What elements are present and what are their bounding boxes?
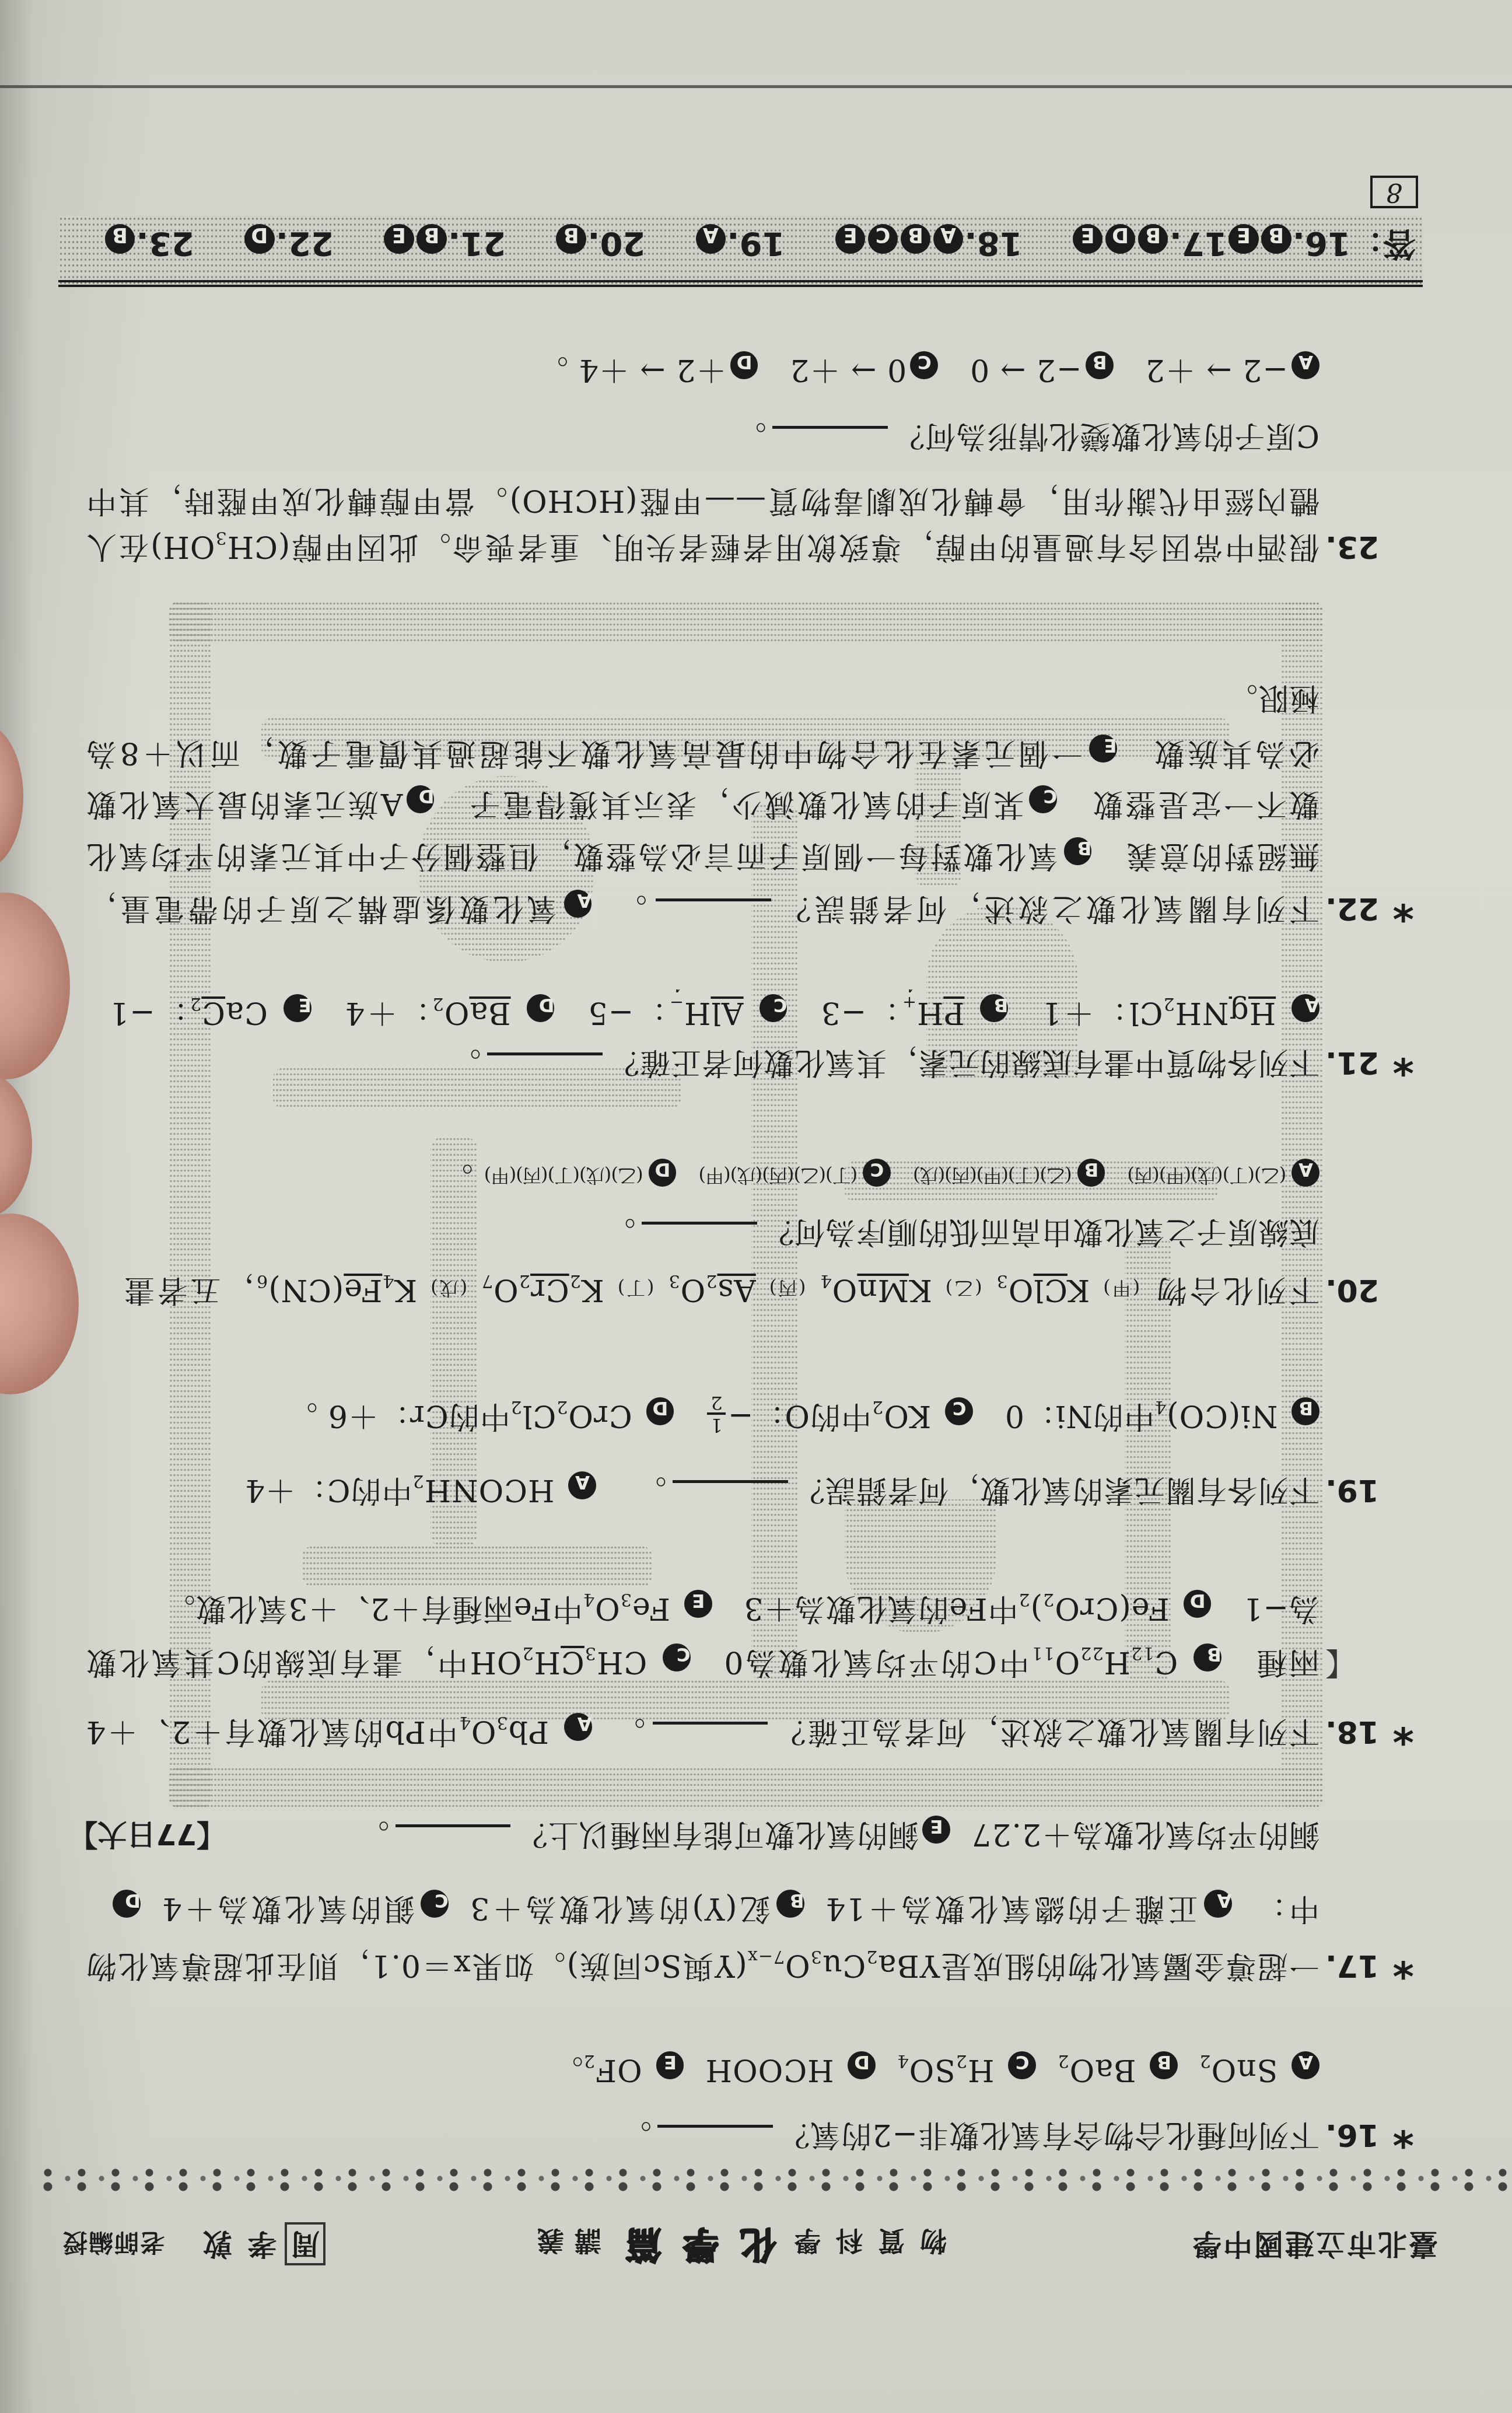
compound-label: (丁)(乙)(丙)(戊)(甲): [699, 1164, 857, 1187]
subscript: 2: [519, 1271, 530, 1291]
subscript: 2: [556, 1397, 568, 1417]
subscript: 3: [584, 1643, 596, 1663]
text-run: 。: [613, 891, 650, 926]
subscript: 3: [810, 1946, 822, 1967]
option-circle-icon: E: [684, 1590, 712, 1618]
text-run: O: [471, 1714, 496, 1749]
option-circle-icon: A: [933, 224, 964, 254]
text-run: ：: [1350, 225, 1383, 263]
spacer: [785, 233, 834, 233]
text-run: 23.: [136, 225, 194, 263]
subscript: 2: [1019, 1589, 1030, 1610]
option-letter: B: [424, 219, 439, 249]
option-letter: B: [1084, 1155, 1099, 1183]
text-run: 假酒中常因含有過量的甲醇，導致飲用者輕者失明、重者喪命。此因甲醇(CH: [227, 529, 1319, 564]
option-letter: D: [251, 219, 268, 249]
option-circle-icon: B: [1077, 1159, 1105, 1187]
text-run: 19.: [727, 225, 785, 263]
text-run: 氧化數係虛構之原子的帶電量，: [86, 891, 560, 926]
option-letter: E: [929, 1812, 943, 1840]
option-letter: D: [418, 782, 435, 810]
text-run: O: [1008, 1272, 1034, 1307]
option-circle-icon: B: [1138, 224, 1168, 254]
option-letter: B: [1156, 2048, 1171, 2076]
text-run: K: [1067, 1272, 1102, 1307]
question-number: 20.: [1325, 1267, 1379, 1313]
text-run: 底線原子之氧化數由高而低的順序為何？: [763, 1214, 1319, 1249]
option-circle-icon: C: [421, 1890, 449, 1918]
answer-blank: [653, 1722, 768, 1739]
text-run: O: [493, 1272, 519, 1307]
text-run: Cl：＋1: [1030, 995, 1163, 1030]
answer-blank: [772, 426, 888, 443]
fraction-numerator: 1: [707, 1413, 725, 1435]
option-letter: C: [952, 1394, 967, 1422]
option-letter: B: [789, 1886, 804, 1914]
text-run: ): [1030, 1591, 1042, 1626]
text-run: 。: [442, 1160, 484, 1195]
subscript: 4: [459, 1712, 471, 1733]
superscript: +: [902, 994, 916, 1011]
subscript: 3: [620, 1589, 632, 1610]
option-letter: B: [1269, 219, 1284, 249]
photo-of-textbook-page: 臺北市立建國中學 物質科學 化學篇 講義 周孝敦老師編授 * 16. 下列何種化…: [0, 0, 1512, 2413]
answer-blank: [656, 898, 771, 915]
subscript: 2: [1199, 2051, 1210, 2071]
option-letter: B: [1206, 1640, 1221, 1668]
question-options: A−2 → ＋2 B−2 → 0 C0 → ＋2 D＋2 → ＋4 。: [537, 347, 1319, 393]
star-marker: *: [1392, 885, 1414, 932]
option-letter: A: [703, 219, 719, 249]
text-run: [807, 1272, 820, 1307]
text-run: 中：: [1253, 1891, 1319, 1926]
question-number: 17.: [1325, 1942, 1379, 1989]
underlined-atom: Cr: [530, 1272, 569, 1307]
question-stem: 下列化合物 (甲) KClO3 (乙) KMnO4 (丙) As2O3 (丁) …: [124, 1267, 1319, 1313]
option-circle-icon: D: [646, 1397, 674, 1425]
author-credit: 周孝敦老師編授: [62, 2218, 325, 2270]
text-run: H: [916, 995, 943, 1030]
text-run: 。: [552, 2052, 583, 2087]
text-run: 兩種: [1242, 1645, 1319, 1680]
text-run: SnO: [1211, 2052, 1288, 2087]
subscript: 3: [215, 527, 227, 548]
text-run: 正離子的總氧化數為＋14: [825, 1891, 1200, 1926]
question-options: A HgNH2Cl：＋1 B PH+4：−3 C AlH−4：−5 D BaO2…: [109, 989, 1319, 1036]
option-circle-icon: C: [1029, 785, 1057, 813]
text-run: 。: [605, 1214, 636, 1249]
option-letter: C: [870, 1155, 884, 1183]
question-options: 為−1 D Fe(CrO2)2中Fe的氧化數為＋3 E Fe3O4中Fe兩種有＋…: [164, 1585, 1319, 1632]
subscript: 4: [583, 1589, 594, 1610]
spacer: [617, 1480, 635, 1481]
option-letter: E: [1104, 731, 1117, 759]
underlined-atom: As: [717, 1272, 756, 1307]
question-stem: 假酒中常因含有過量的甲醇，導致飲用者輕者失明、重者喪命。此因甲醇(CH3OH)在…: [86, 523, 1319, 570]
compound-label: (丁): [618, 1277, 654, 1299]
text-run: 。: [450, 1045, 481, 1080]
text-run: 極限。: [1227, 680, 1319, 715]
question-options: 數不一定是整數 C某原子的氧化數減少，表示其獲得電子 DA族元素的最大氧化數: [86, 781, 1319, 827]
underlined-atom: P: [943, 995, 964, 1030]
option-letter: A: [575, 1468, 590, 1496]
option-letter: E: [392, 219, 406, 249]
text-run: [511, 995, 523, 1030]
subscript: 6: [256, 1271, 268, 1291]
question-stem: 下列有關氧化數之敘述，何者為正確？。A Pb3O4中Pb的氧化數有＋2、＋4: [86, 1708, 1319, 1755]
text-run: [1276, 995, 1288, 1030]
option-circle-icon: B: [980, 994, 1008, 1022]
seal-stroke: [302, 1546, 652, 1587]
option-letter: A: [1304, 991, 1319, 1019]
text-run: H: [967, 2052, 1005, 2087]
subscript: 3: [668, 1271, 680, 1291]
option-circle-icon: E: [283, 994, 311, 1022]
question-number: 22.: [1325, 885, 1379, 932]
subscript: 7: [481, 1271, 493, 1291]
option-circle-icon: A: [1291, 351, 1319, 379]
text-run: Pb: [508, 1714, 561, 1749]
subscript: 2: [522, 1643, 534, 1663]
page-edge-line: [0, 85, 1512, 88]
text-run: A族元素的最大氧化數: [86, 786, 402, 821]
text-run: 下列各物質中畫有底線的元素，其氧化數何者正確？: [608, 1045, 1319, 1080]
question-stem: 體內經由代謝作用，會轉化成劇毒物質——甲醛(HCHO)。當甲醇轉化成甲醛時，其中: [86, 477, 1319, 524]
subscript: 11: [1031, 1643, 1054, 1663]
text-run: KO: [883, 1398, 942, 1433]
option-circle-icon: C: [945, 1397, 973, 1425]
option-letter: A: [1298, 348, 1313, 376]
author-surname: 周: [285, 2222, 325, 2265]
text-run: K: [909, 1272, 944, 1307]
superscript: −: [669, 994, 684, 1011]
question-stem: 底線原子之氧化數由高而低的順序為何？。: [605, 1208, 1319, 1255]
text-run: 中Fe兩種有＋2、＋3氧化數。: [164, 1591, 583, 1626]
text-run: C原子的氧化數變化情形為何？: [894, 418, 1319, 453]
charge-and-subscript: −4: [669, 989, 684, 1011]
option-circle-icon: B: [105, 224, 135, 254]
option-letter: C: [434, 1886, 449, 1914]
text-run: [744, 995, 756, 1030]
option-letter: A: [577, 886, 592, 914]
subscript: 2: [956, 2051, 967, 2071]
text-run: 一個元素在化合物中的最高氧化數不能超過其價電子數，而以＋8為: [86, 736, 1086, 771]
subscript: 3: [996, 1271, 1008, 1291]
text-run: 20.: [587, 225, 645, 263]
text-run: ＋2 → ＋4 。: [537, 352, 726, 387]
compound-label: (甲): [1104, 1277, 1140, 1299]
star-marker: *: [1392, 1708, 1414, 1755]
text-run: [984, 1272, 996, 1307]
text-run: (Y與Sc同族)。如果x＝0.1，則在此超導氧化物: [86, 1948, 747, 1983]
margin-bracket-mark: 【: [1325, 1639, 1356, 1685]
text-run: 。: [621, 2117, 652, 2152]
answer-blank: [642, 1222, 757, 1239]
text-run: 銅的氧化數可能有兩種以上？: [517, 1817, 919, 1852]
text-run: 。: [613, 1714, 646, 1749]
option-circle-icon: C: [910, 351, 938, 379]
question-stem: 一超導金屬氧化物的組成是YBa2Cu3O7−x(Y與Sc同族)。如果x＝0.1，…: [86, 1942, 1319, 1989]
text-run: CH: [596, 1645, 659, 1680]
book-title: 物質科學 化學篇 講義: [527, 2218, 947, 2270]
subscript: 22: [1080, 1643, 1103, 1663]
text-run: 22.: [276, 225, 334, 263]
book-title-subject: 物質科學: [779, 2225, 947, 2257]
text-run: 中的O：−: [727, 1398, 871, 1433]
option-circle-icon: C: [663, 1643, 691, 1671]
text-run: [469, 1272, 481, 1307]
text-run: HCONH: [424, 1473, 565, 1508]
option-circle-icon: B: [776, 1890, 804, 1918]
option-circle-icon: E: [835, 224, 866, 254]
seal-frame-bottom: [169, 601, 1323, 643]
option-letter: B: [563, 219, 579, 249]
answer-blank: [487, 1052, 603, 1069]
text-run: 下列有關氧化數之敘述，何者錯誤？: [777, 891, 1319, 926]
underlined-atom: Ba: [469, 995, 510, 1030]
text-run: 16.: [1293, 225, 1350, 263]
question-stem: C原子的氧化數變化情形為何？。: [736, 412, 1319, 459]
text-run: O: [832, 1272, 857, 1307]
option-letter: B: [908, 219, 923, 249]
text-run: Cu: [822, 1948, 866, 1983]
answer-blank: [657, 2125, 773, 2142]
option-letter: A: [940, 219, 956, 249]
text-run: CrO: [568, 1398, 642, 1433]
exam-source-tag: 【77日大】: [68, 1811, 226, 1858]
spacer: [194, 233, 243, 233]
option-circle-icon: D: [407, 785, 435, 813]
text-run: 無絕對的意義: [1113, 838, 1319, 873]
text-run: 某原子的氧化數減少，表示其獲得電子: [456, 786, 1025, 821]
option-circle-icon: B: [1150, 2051, 1178, 2079]
text-run: 。: [358, 1817, 389, 1852]
text-run: H: [1104, 1645, 1130, 1680]
text-run: 18.: [964, 225, 1022, 263]
text-run: O: [444, 995, 470, 1030]
question-number: 23.: [1325, 523, 1379, 570]
question-number: 19.: [1325, 1467, 1379, 1513]
answer-key-band: 答：16.BE17.BDE18.ABCE19.A20.B21.BE22.D23.…: [58, 216, 1423, 287]
option-letter: D: [124, 1886, 141, 1914]
underlined-atom: Al: [710, 995, 743, 1030]
underlined-atom: Hg: [1229, 995, 1276, 1030]
author-given-name: 孝敦: [188, 2227, 276, 2261]
text-run: (CN): [268, 1272, 344, 1307]
text-run: 。: [736, 418, 766, 453]
fraction-denominator: 2: [710, 1393, 723, 1413]
text-run: 下列有關氧化數之敘述，何者為正確？: [774, 1714, 1319, 1749]
option-circle-icon: B: [1064, 837, 1092, 865]
text-run: 中C的平均氧化數為0: [712, 1645, 1031, 1680]
text-run: K: [394, 1272, 429, 1307]
question-options: 銅的平均氧化數為＋2.27E銅的氧化數可能有兩種以上？。: [358, 1811, 1319, 1858]
text-run: 下列各有關元素的氧化數，何者錯誤？: [794, 1473, 1319, 1508]
fraction: 12: [707, 1393, 725, 1435]
option-circle-icon: E: [656, 2051, 684, 2079]
compound-label: (戊): [431, 1277, 467, 1299]
option-letter: C: [773, 991, 787, 1019]
option-circle-icon: A: [1291, 2051, 1319, 2079]
answer-label: 答: [1383, 217, 1416, 270]
text-run: O: [594, 1591, 620, 1626]
option-letter: D: [853, 2048, 870, 2076]
underlined-atom: Mn: [857, 1272, 909, 1307]
subscript: 2: [871, 1397, 883, 1417]
option-letter: C: [676, 1640, 691, 1668]
decorative-border-icon: [42, 2164, 1512, 2196]
text-run: 鋇的氧化數為＋4: [162, 1891, 416, 1926]
text-run: 數不一定是整數: [1079, 786, 1319, 821]
option-letter: B: [1145, 219, 1160, 249]
text-run: 。: [636, 1473, 667, 1508]
option-circle-icon: D: [848, 2051, 876, 2079]
option-letter: E: [663, 2048, 677, 2076]
subscript: 2: [1163, 994, 1175, 1014]
subscript: 2: [190, 994, 201, 1014]
star-marker: *: [1392, 2111, 1414, 2158]
text-run: C: [1154, 1645, 1189, 1680]
text-run: [695, 1398, 706, 1433]
option-circle-icon: C: [1008, 2051, 1036, 2079]
option-letter: A: [1217, 1886, 1232, 1914]
option-circle-icon: B: [1261, 224, 1291, 254]
text-run: 必為其族數: [1138, 736, 1319, 771]
text-run: −2 → 0: [960, 352, 1082, 387]
school-name: 臺北市立建國中學: [1191, 2218, 1438, 2270]
option-letter: B: [1092, 348, 1107, 376]
option-circle-icon: D: [527, 994, 555, 1022]
option-letter: D: [1112, 219, 1129, 249]
question-options: A SnO2B BaO2C H2SO4D HCOOHE OF2。: [552, 2047, 1319, 2093]
compound-label: (乙)(丁)(戊)(甲)(丙): [1128, 1164, 1286, 1187]
option-letter: C: [917, 348, 932, 376]
option-letter: A: [1298, 1155, 1313, 1183]
text-run: O: [680, 1272, 706, 1307]
printed-page-upside-down: 臺北市立建國中學 物質科學 化學篇 講義 周孝敦老師編授 * 16. 下列何種化…: [0, 0, 1512, 2413]
question-stem: 下列各物質中畫有底線的元素，其氧化數何者正確？。: [450, 1039, 1319, 1086]
option-letter: B: [1298, 1394, 1313, 1422]
text-run: Fe(CrO: [1054, 1591, 1179, 1626]
option-letter: C: [1043, 782, 1058, 810]
option-circle-icon: B: [1086, 351, 1114, 379]
subscript: 2: [1057, 2051, 1069, 2071]
text-run: O: [1055, 1645, 1080, 1680]
author-role: 老師編授: [62, 2228, 164, 2257]
subscript: 2: [510, 1397, 522, 1417]
answer-key-items: ：16.BE17.BDE18.ABCE19.A20.B21.BE22.D23.B: [104, 225, 1383, 263]
star-marker: *: [1392, 1039, 1414, 1086]
text-run: 體內經由代謝作用，會轉化成劇毒物質——甲醛(HCHO)。當甲醇轉化成甲醛時，其中: [86, 483, 1319, 518]
option-circle-icon: D: [1105, 224, 1136, 254]
question-options: 兩種 B C12H22O11中C的平均氧化數為0 C CH3CH2OH中，畫有底…: [86, 1639, 1319, 1685]
text-run: 中的Cr：＋6 。: [286, 1398, 510, 1433]
text-run: ：＋4: [332, 995, 432, 1030]
underlined-atom: C: [201, 995, 225, 1030]
option-letter: D: [654, 1155, 671, 1183]
option-circle-icon: C: [868, 224, 898, 254]
text-run: 銅的平均氧化數為＋2.27: [971, 1817, 1319, 1852]
text-run: K: [581, 1272, 617, 1307]
option-circle-icon: B: [556, 224, 586, 254]
text-run: 中的C：＋4: [245, 1473, 412, 1508]
question-stem: 下列有關氧化數之敘述，何者錯誤？。A氧化數係虛構之原子的帶電量，: [86, 885, 1319, 932]
option-circle-icon: A: [1291, 1159, 1319, 1187]
option-letter: E: [843, 219, 857, 249]
option-letter: B: [1077, 834, 1092, 862]
option-circle-icon: D: [649, 1159, 677, 1187]
option-circle-icon: E: [384, 224, 414, 254]
question-number: 21.: [1325, 1039, 1379, 1086]
option-circle-icon: A: [1291, 994, 1319, 1022]
text-run: Cl: [522, 1398, 556, 1433]
text-run: OH)在人: [86, 529, 215, 564]
question-options: 無絕對的意義 B氧化數對每一個原子而言必為整數，但整個分子中其元素的平均氧化: [86, 833, 1319, 879]
question-number: 16.: [1325, 2111, 1379, 2158]
option-letter: A: [1298, 2048, 1313, 2076]
subscript: 2: [705, 1271, 717, 1291]
question-stem: 下列何種化合物含有氧化數非−2的氧？。: [621, 2111, 1319, 2158]
option-circle-icon: A: [696, 224, 726, 254]
option-circle-icon: B: [901, 224, 931, 254]
subscript: 4: [820, 1271, 831, 1291]
text-run: Ca: [225, 995, 280, 1030]
book-title-section: 化學篇: [604, 2223, 776, 2265]
text-run: 中Fe的氧化數為＋3: [733, 1591, 1019, 1626]
text-run: 一超導金屬氧化物的組成是YBa: [877, 1948, 1319, 1983]
option-circle-icon: E: [1089, 735, 1117, 763]
question-options: A(乙)(丁)(戊)(甲)(丙)B(乙)(丁)(甲)(丙)(戊)C(丁)(乙)(…: [442, 1154, 1319, 1201]
text-run: [656, 1272, 668, 1307]
text-run: OF: [595, 2052, 652, 2087]
question-options: B Ni(CO)4中的Ni：0 C KO2中的O：−12 D CrO2Cl2中的…: [286, 1393, 1319, 1439]
text-run: 中的Ni：0: [994, 1398, 1154, 1433]
question-stem: 下列各有關元素的氧化數，何者錯誤？。A HCONH2中的C：＋4: [245, 1467, 1319, 1513]
text-run: 釔(Y)的氧化數為＋3: [470, 1891, 772, 1926]
compound-label: (乙): [946, 1277, 982, 1299]
subscript: 4: [902, 989, 916, 994]
option-letter: E: [1237, 219, 1251, 249]
option-letter: D: [652, 1394, 668, 1422]
option-circle-icon: C: [863, 1159, 891, 1187]
question-options: 必為其族數 E一個元素在化合物中的最高氧化數不能超過其價電子數，而以＋8為: [86, 730, 1319, 777]
option-circle-icon: B: [1193, 1643, 1221, 1671]
option-letter: D: [1189, 1586, 1206, 1614]
option-letter: E: [1081, 219, 1095, 249]
spacer: [1023, 233, 1072, 233]
text-run: SO: [909, 2052, 956, 2087]
answer-blank: [673, 1480, 788, 1497]
text-run: NH: [1175, 995, 1229, 1030]
text-run: H: [684, 995, 710, 1030]
option-circle-icon: C: [759, 994, 787, 1022]
text-run: 下列何種化合物含有氧化數非−2的氧？: [779, 2117, 1319, 2152]
option-circle-icon: D: [730, 351, 758, 379]
subscript: 3: [496, 1712, 508, 1733]
text-run: BaO: [1069, 2052, 1146, 2087]
option-circle-icon: D: [244, 224, 275, 254]
compound-label: (丙): [770, 1277, 806, 1299]
subscript: 4: [382, 1271, 394, 1291]
book-title-type: 講義: [527, 2225, 601, 2257]
text-run: HCOOH: [705, 2052, 844, 2087]
option-circle-icon: E: [922, 1816, 950, 1844]
text-run: 0 → ＋2: [779, 352, 907, 387]
subscript: 12: [1130, 1643, 1154, 1663]
spacer: [334, 233, 383, 233]
answer-key: 答：16.BE17.BDE18.ABCE19.A20.B21.BE22.D23.…: [104, 217, 1416, 270]
compound-label: (乙)(戊)(丁)(丙)(甲): [485, 1164, 643, 1187]
